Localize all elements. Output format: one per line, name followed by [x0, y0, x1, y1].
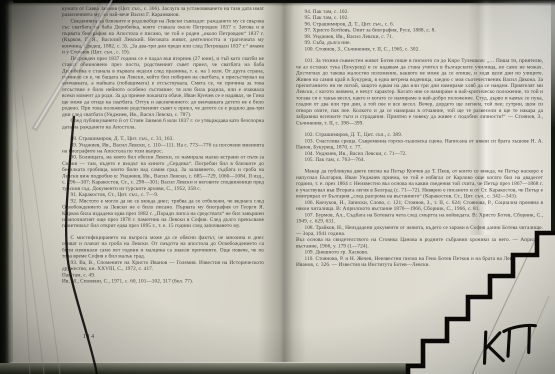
page-number: 114: [83, 333, 95, 339]
paragraph: 103. Счастлива среща. Съвременна горско-…: [296, 138, 543, 150]
paragraph: След публикуването ѝ от Стоян Заимов 6 ю…: [62, 118, 264, 130]
paragraph: Макар да публикува двете писма на Петър …: [296, 169, 543, 200]
book-spine-edge: [0, 0, 13, 374]
paragraph: 108. Трайков, Н., Неиздадени документи о…: [296, 225, 543, 237]
paragraph: 92. Мястото е могло да не се вижда днес;…: [62, 198, 264, 229]
right-page-text: 94. Пак там, с. 102.95. Пак там, с. 102.…: [296, 9, 543, 365]
paragraph: 107. Бурмов, Ал., Съдбата на Ботевата че…: [296, 212, 543, 224]
paragraph: 105. Пак там, с. 763—764.: [296, 157, 543, 163]
paragraph: кумата от Савва Заимов (Цит. съч., с. 36…: [62, 6, 264, 18]
paragraph: 93. Ва, В., Спомените на Христо Иванов —…: [62, 260, 264, 272]
paragraph: Ив, М., Спомени, С., 1971, с. 60, 101—10…: [62, 279, 264, 285]
paragraph: Въз основа на свидетелството на Стоянка …: [296, 237, 543, 249]
paragraph: С мистифицирането на въпроса може да се …: [62, 235, 264, 260]
left-page-text: 114 кумата от Савва Заимов (Цит. съч., с…: [62, 6, 264, 362]
paragraph: Сведенията на близките и родолюбци на Ле…: [62, 18, 264, 55]
paragraph: 101. За техния съвместен живот Ботев пиш…: [296, 58, 543, 126]
paragraph: 89. Унджиев, Ив., Васил Левски, с. 110—1…: [62, 142, 264, 154]
book-photo: 114 кумата от Савва Заимов (Цит. съч., с…: [0, 0, 555, 374]
paragraph: Петровден през 1837 година се е падал въ…: [62, 56, 264, 118]
paragraph: 110. Стоянова, Р. и Н. Жечев, Неизвестни…: [296, 256, 543, 268]
paragraph: 100. Стоянов, З., Съчинения, т. II, С., …: [296, 46, 543, 52]
paragraph: 106. Кючуков, Н., Записки, Слово, с. 121…: [296, 200, 543, 212]
paragraph: 90. Болницата, на която бил обесен Левск…: [62, 155, 264, 192]
